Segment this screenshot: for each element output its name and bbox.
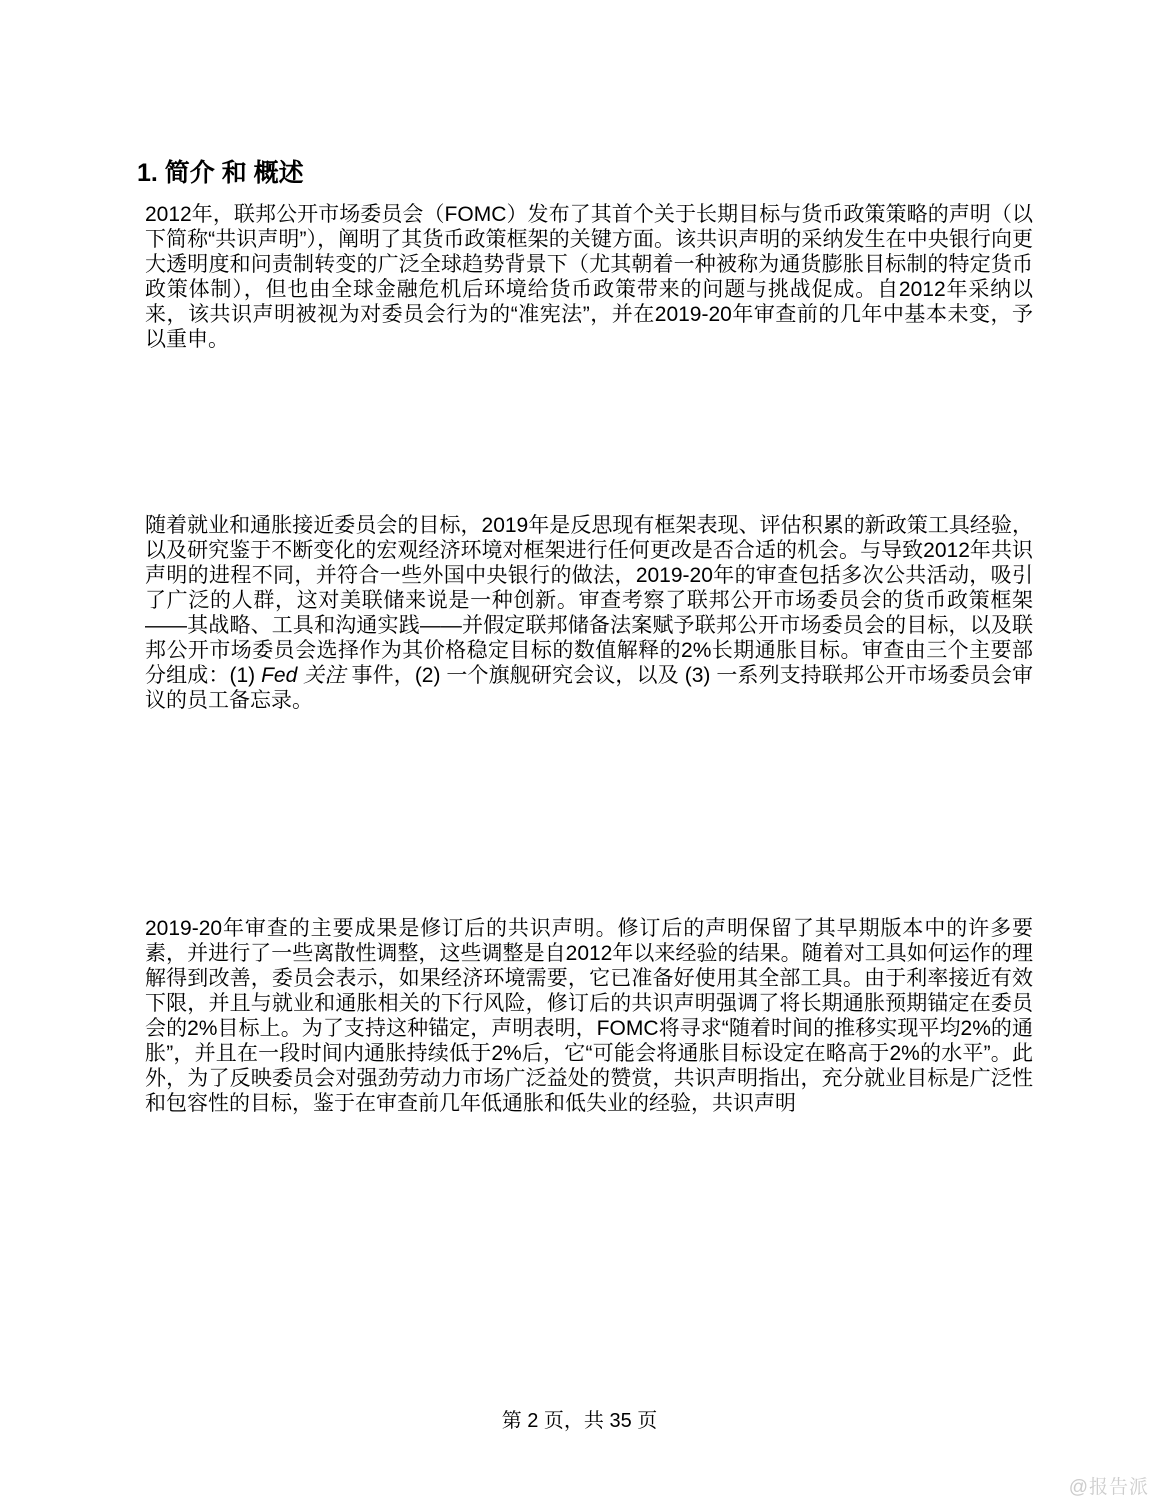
section-heading: 1. 简介 和 概述	[137, 158, 304, 188]
paragraph-2019-review-text-before: 随着就业和通胀接近委员会的目标，2019年是反思现有框架表现、评估积累的新政策工…	[145, 514, 1033, 687]
document-page: 1. 简介 和 概述 2012年，联邦公开市场委员会（FOMC）发布了其首个关于…	[0, 0, 1159, 1500]
paragraph-intro-2012-statement: 2012年，联邦公开市场委员会（FOMC）发布了其首个关于长期目标与货币政策策略…	[145, 202, 1033, 352]
page-number-indicator: 第 2 页，共 35 页	[0, 1404, 1159, 1433]
fed-listens-italic-phrase: Fed 关注	[261, 664, 345, 687]
paragraph-revised-statement: 2019-20年审查的主要成果是修订后的共识声明。修订后的声明保留了其早期版本中…	[145, 916, 1033, 1116]
watermark-label: @报告派	[1069, 1472, 1149, 1499]
paragraph-2019-review: 随着就业和通胀接近委员会的目标，2019年是反思现有框架表现、评估积累的新政策工…	[145, 513, 1033, 713]
